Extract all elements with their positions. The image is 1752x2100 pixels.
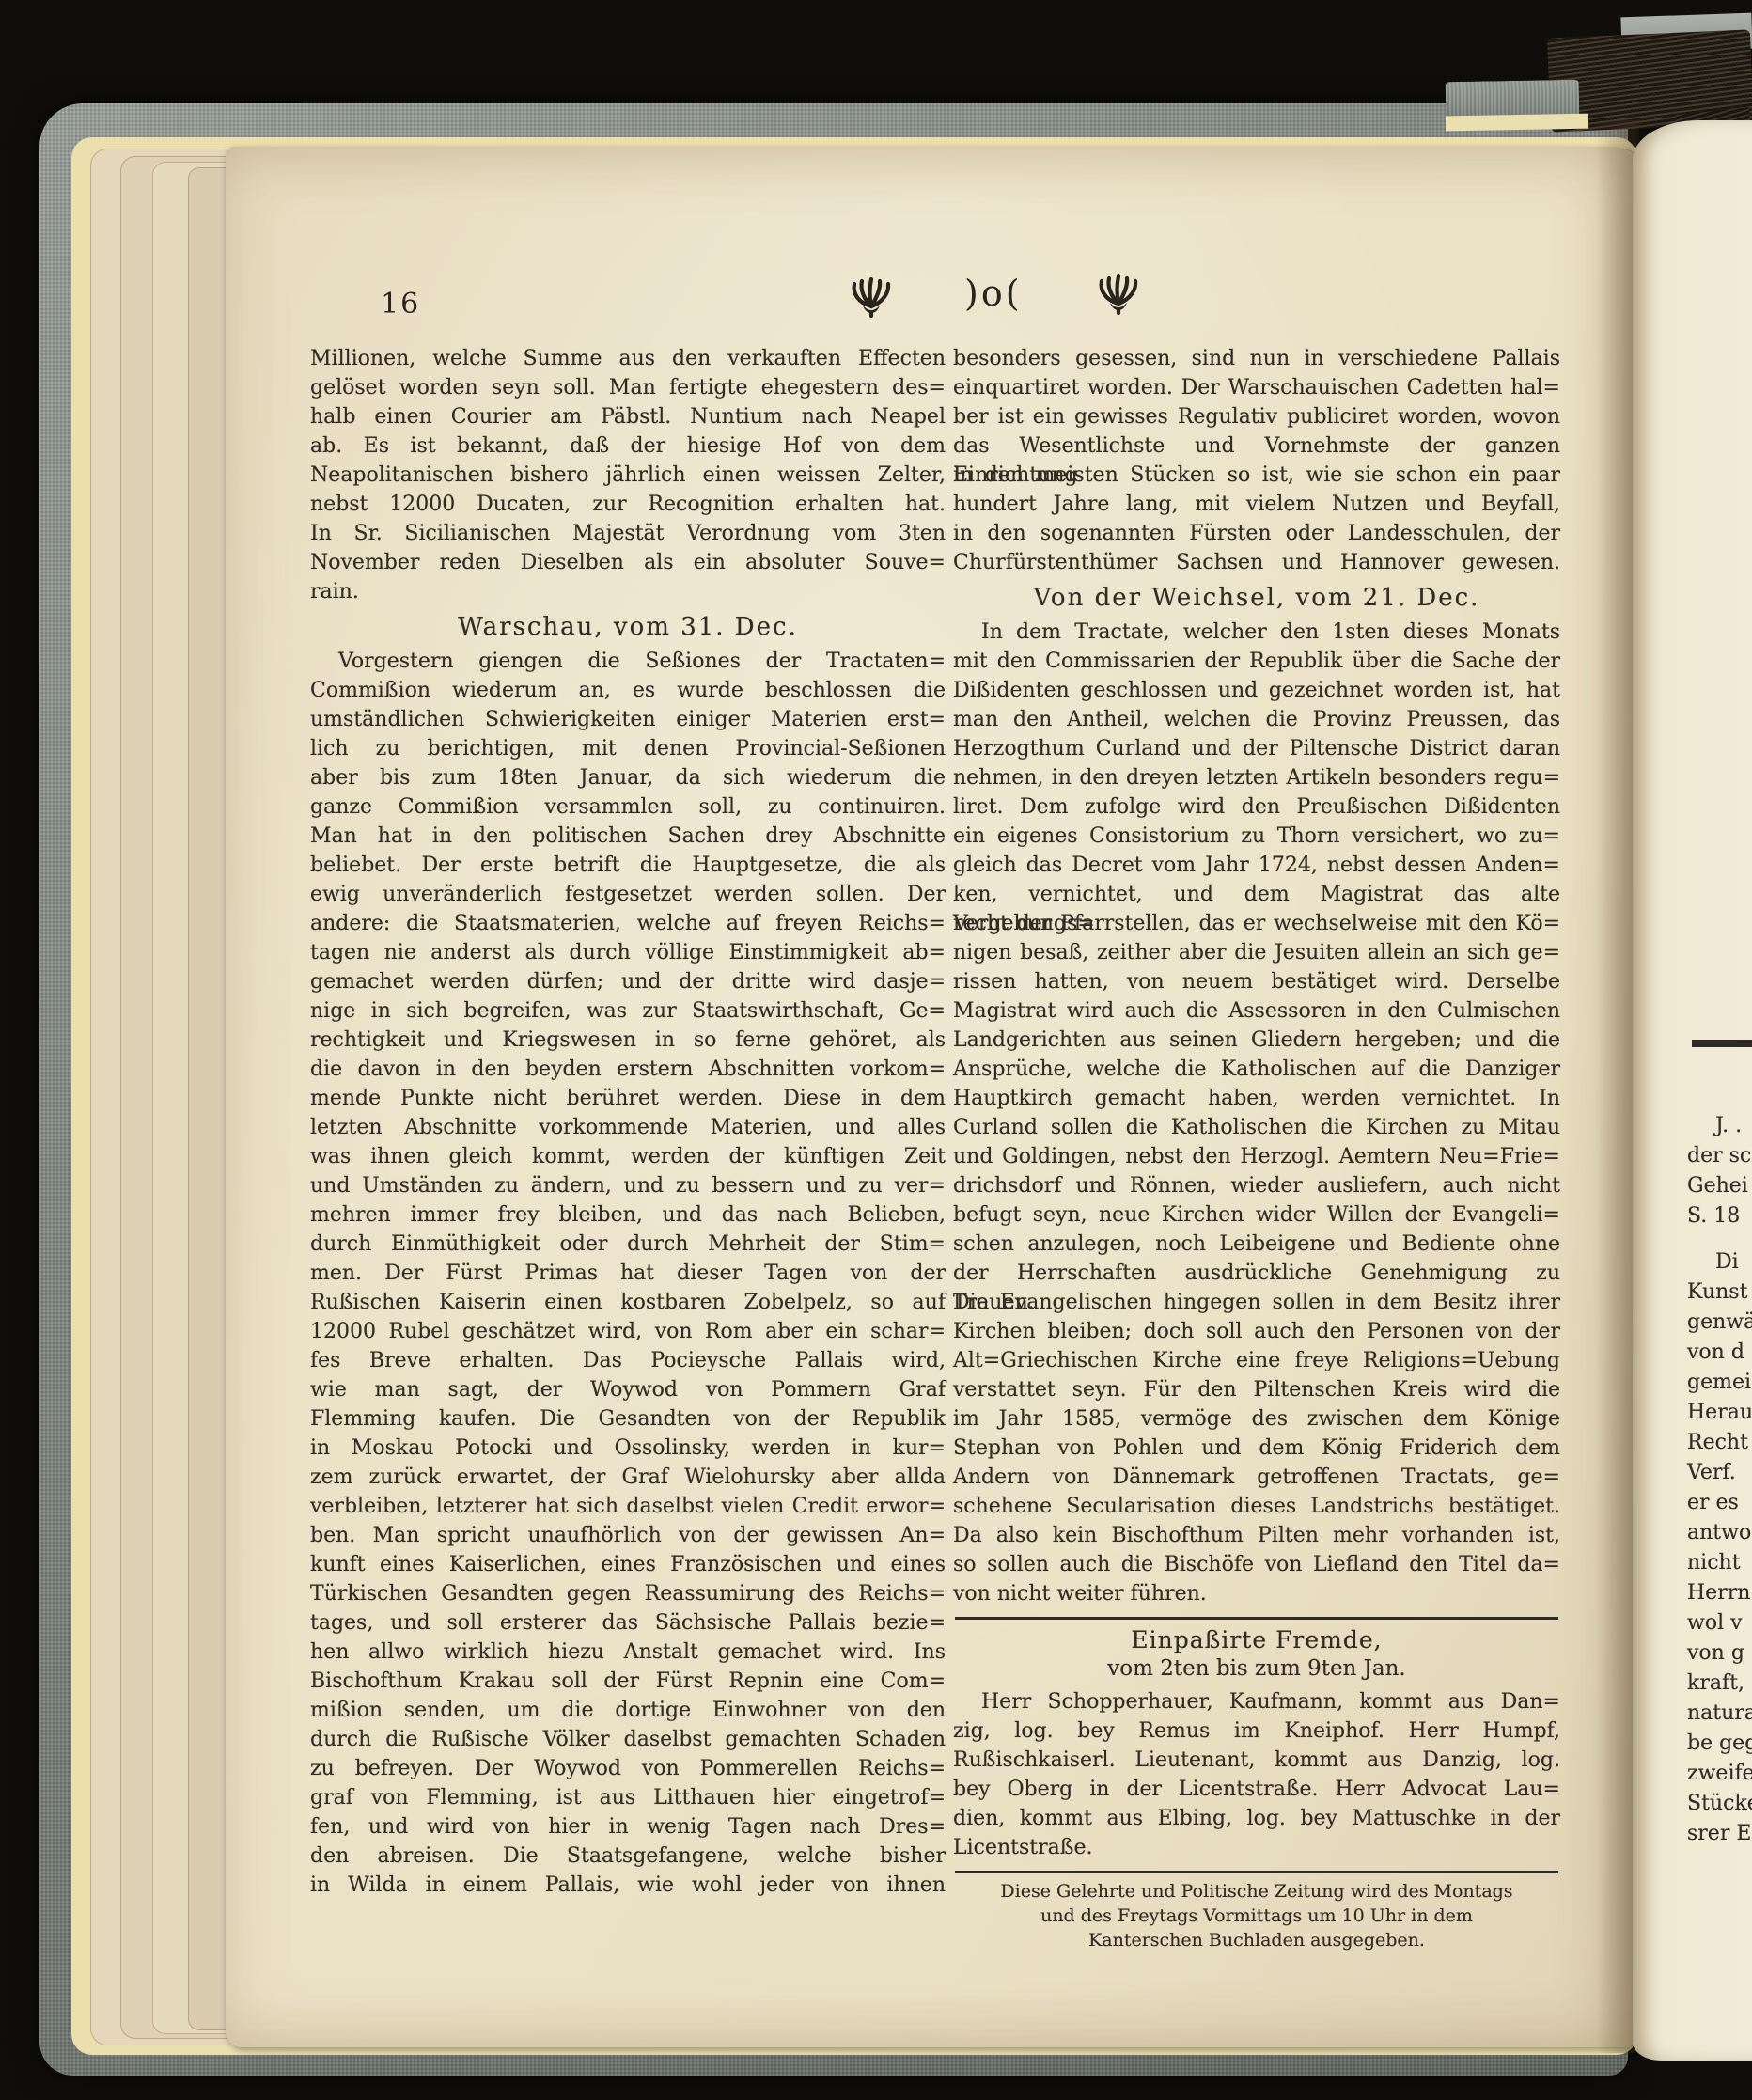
text-line: nebst 12000 Ducaten, zur Recognition erh… xyxy=(310,490,946,519)
text-line: zig, log. bey Remus im Kneiphof. Herr Hu… xyxy=(953,1716,1560,1746)
section-heading: Einpaßirte Fremde, xyxy=(953,1625,1560,1654)
text-line: Kunst xyxy=(1687,1277,1752,1308)
text-line: Diese Gelehrte und Politische Zeitung wi… xyxy=(953,1879,1560,1904)
text-line: von d xyxy=(1687,1338,1752,1368)
text-line: Recht xyxy=(1687,1428,1752,1458)
text-line: verbleiben, letzterer hat sich daselbst … xyxy=(310,1492,946,1521)
next-page-text-fragment: J. .der schGeheiS. 18DiKunstgenwävon dge… xyxy=(1687,1111,1752,1849)
text-line: Curland sollen die Katholischen die Kirc… xyxy=(953,1113,1560,1142)
text-line: Commißion wiederum an, es wurde beschlos… xyxy=(310,676,946,705)
text-line: und Umständen zu ändern, und zu bessern … xyxy=(310,1171,946,1200)
text-line: mende Punkte nicht berühret werden. Dies… xyxy=(310,1084,946,1113)
text-line: Kirchen bleiben; doch soll auch den Pers… xyxy=(953,1317,1560,1346)
text-line: Alt=Griechischen Kirche eine freye Relig… xyxy=(953,1346,1560,1375)
text-line: in den sogenannten Fürsten oder Landessc… xyxy=(953,519,1560,548)
text-line: men. Der Fürst Primas hat dieser Tagen v… xyxy=(310,1259,946,1288)
left-column: Millionen, welche Summe aus den verkauft… xyxy=(310,344,946,1900)
text-line: schehene Secularisation dieses Landstric… xyxy=(953,1492,1560,1521)
text-line: Landgerichten aus seinen Gliedern hergeb… xyxy=(953,1026,1560,1055)
text-line: November reden Dieselben als ein absolut… xyxy=(310,548,946,577)
text-line: J. . xyxy=(1687,1111,1752,1141)
text-line: Hauptkirch gemacht haben, werden vernich… xyxy=(953,1084,1560,1113)
text-line: graf von Flemming, ist aus Litthauen hie… xyxy=(310,1783,946,1812)
text-line: er es xyxy=(1687,1488,1752,1518)
text-line: Rußischen Kaiserin einen kostbaren Zobel… xyxy=(310,1288,946,1317)
text-line: fes Breve erhalten. Das Pocieysche Palla… xyxy=(310,1346,946,1375)
text-line: der sch xyxy=(1687,1141,1752,1171)
book-scan: { "book": { "page_number": "16", "header… xyxy=(0,0,1752,2100)
text-line: schen anzulegen, noch Leibeigene und Bed… xyxy=(953,1230,1560,1259)
text-line: nehmen, in den dreyen letzten Artikeln b… xyxy=(953,763,1560,792)
text-line: der Herrschaften ausdrückliche Genehmigu… xyxy=(953,1259,1560,1288)
text-line: Di xyxy=(1687,1247,1752,1277)
text-line: aber bis zum 18ten Januar, da sich wiede… xyxy=(310,763,946,792)
text-line: von g xyxy=(1687,1638,1752,1669)
text-line: durch Einmüthigkeit oder durch Mehrheit … xyxy=(310,1230,946,1259)
text-line: Man hat in den politischen Sachen drey A… xyxy=(310,822,946,851)
text-line: fen, und wird von hier in wenig Tagen na… xyxy=(310,1812,946,1841)
text-line: zu befreyen. Der Woywod von Pommerellen … xyxy=(310,1754,946,1783)
text-line: mehren immer frey bleiben, und das nach … xyxy=(310,1200,946,1230)
right-column: besonders gesessen, sind nun in verschie… xyxy=(953,344,1560,1952)
text-line: andere: die Staatsmaterien, welche auf f… xyxy=(310,909,946,938)
text-line: ab. Es ist bekannt, daß der hiesige Hof … xyxy=(310,431,946,461)
text-line: das Wesentlichste und Vornehmste der gan… xyxy=(953,431,1560,461)
text-line: Andern von Dännemark getroffenen Tractat… xyxy=(953,1463,1560,1492)
text-line: wie man sagt, der Woywod von Pommern Gra… xyxy=(310,1375,946,1404)
text-line: ein eigenes Consistorium zu Thorn versic… xyxy=(953,822,1560,851)
text-line: Da also kein Bischofthum Pilten mehr vor… xyxy=(953,1521,1560,1550)
text-line: gelöset worden seyn soll. Man fertigte e… xyxy=(310,373,946,402)
text-line: bey Oberg in der Licentstraße. Herr Advo… xyxy=(953,1775,1560,1804)
text-line: mit den Commissarien der Republik über d… xyxy=(953,647,1560,676)
text-line: rain. xyxy=(310,577,946,606)
text-line: Gehei xyxy=(1687,1171,1752,1201)
section-rule xyxy=(955,1617,1558,1620)
text-line: von nicht weiter führen. xyxy=(953,1579,1560,1608)
section-heading: Warschau, vom 31. Dec. xyxy=(310,613,946,642)
text-line: im Jahr 1585, vermöge des zwischen dem K… xyxy=(953,1404,1560,1434)
text-line: natura xyxy=(1687,1699,1752,1729)
text-line: verstattet seyn. Für den Piltenschen Kre… xyxy=(953,1375,1560,1404)
text-line: in Wilda in einem Pallais, wie wohl jede… xyxy=(310,1871,946,1900)
text-line: Millionen, welche Summe aus den verkauft… xyxy=(310,344,946,373)
text-line: gemachet werden dürfen; und der dritte w… xyxy=(310,967,946,996)
text-line: Stücke xyxy=(1687,1789,1752,1819)
text-line: Herau xyxy=(1687,1398,1752,1428)
text-line: hundert Jahre lang, mit vielem Nutzen un… xyxy=(953,490,1560,519)
text-line: rechtigkeit und Kriegswesen in so ferne … xyxy=(310,1026,946,1055)
text-line: Türkischen Gesandten gegen Reassumirung … xyxy=(310,1579,946,1608)
text-line: lich zu berichtigen, mit denen Provincia… xyxy=(310,734,946,763)
shell-ornament-icon xyxy=(849,274,894,321)
text-line: tages, und soll ersterer das Sächsische … xyxy=(310,1608,946,1638)
text-line: Neapolitanischen bishero jährlich einen … xyxy=(310,461,946,490)
text-line: einquartiret worden. Der Warschauischen … xyxy=(953,373,1560,402)
text-line: die davon in den beyden erstern Abschnit… xyxy=(310,1055,946,1084)
text-line: Die Evangelischen hingegen sollen in dem… xyxy=(953,1288,1560,1317)
text-line: Vorgestern giengen die Seßiones der Trac… xyxy=(310,647,946,676)
text-line: beliebet. Der erste betrift die Hauptges… xyxy=(310,851,946,880)
text-line: besonders gesessen, sind nun in verschie… xyxy=(953,344,1560,373)
section-rule xyxy=(955,1871,1558,1873)
text-line: und Goldingen, nebst den Herzogl. Aemter… xyxy=(953,1142,1560,1171)
text-line: kraft, xyxy=(1687,1669,1752,1699)
text-line: ganze Commißion versammlen soll, zu cont… xyxy=(310,792,946,822)
text-line: zweifel xyxy=(1687,1759,1752,1789)
text-line: Kanterschen Buchladen ausgegeben. xyxy=(953,1928,1560,1952)
text-line: dien, kommt aus Elbing, log. bey Mattusc… xyxy=(953,1804,1560,1833)
text-line: gleich das Decret vom Jahr 1724, nebst d… xyxy=(953,851,1560,880)
text-line: halb einen Courier am Päbstl. Nuntium na… xyxy=(310,402,946,431)
text-line: und des Freytags Vormittags um 10 Uhr in… xyxy=(953,1904,1560,1928)
section-heading: vom 2ten bis zum 9ten Jan. xyxy=(953,1654,1560,1684)
text-line: Herrn xyxy=(1687,1578,1752,1608)
text-line: ber ist ein gewisses Regulativ publicire… xyxy=(953,402,1560,431)
text-line: In Sr. Sicilianischen Majestät Verordnun… xyxy=(310,519,946,548)
shell-ornament-icon xyxy=(1096,272,1141,319)
printer-mark-ornament: )o( xyxy=(964,273,1023,314)
text-line: den abreisen. Die Staatsgefangene, welch… xyxy=(310,1841,946,1871)
text-line: hen allwo wirklich hiezu Anstalt gemache… xyxy=(310,1638,946,1667)
text-line: mißion senden, um die dortige Einwohner … xyxy=(310,1696,946,1725)
text-line: liret. Dem zufolge wird den Preußischen … xyxy=(953,792,1560,822)
text-line: In dem Tractate, welcher den 1sten diese… xyxy=(953,618,1560,647)
text-line: nige in sich begreifen, was zur Staatswi… xyxy=(310,996,946,1026)
text-line: Flemming kaufen. Die Gesandten von der R… xyxy=(310,1404,946,1434)
text-line: wol v xyxy=(1687,1608,1752,1638)
text-line: Dißidenten geschlossen und gezeichnet wo… xyxy=(953,676,1560,705)
text-line: genwä xyxy=(1687,1308,1752,1338)
section-heading: Von der Weichsel, vom 21. Dec. xyxy=(953,584,1560,613)
text-line: antwo xyxy=(1687,1518,1752,1548)
text-line: zem zurück erwartet, der Graf Wielohursk… xyxy=(310,1463,946,1492)
text-line: man den Antheil, welchen die Provinz Pre… xyxy=(953,705,1560,734)
text-line: umständlichen Schwierigkeiten einiger Ma… xyxy=(310,705,946,734)
text-line: 12000 Rubel geschätzet wird, von Rom abe… xyxy=(310,1317,946,1346)
text-line: Licentstraße. xyxy=(953,1833,1560,1862)
text-line: nigen besaß, zeither aber die Jesuiten a… xyxy=(953,938,1560,967)
page-number: 16 xyxy=(381,288,420,321)
text-line: be geg xyxy=(1687,1729,1752,1759)
text-line: rissen hatten, von neuem bestätiget wird… xyxy=(953,967,1560,996)
text-line: ken, vernichtet, und dem Magistrat das a… xyxy=(953,880,1560,909)
text-line: gemei xyxy=(1687,1368,1752,1398)
text-line: durch die Rußische Völker daselbst gemac… xyxy=(310,1725,946,1754)
text-line: Bischofthum Krakau soll der Fürst Repnin… xyxy=(310,1667,946,1696)
text-line: srer E xyxy=(1687,1819,1752,1849)
text-line: so sollen auch die Bischöfe von Liefland… xyxy=(953,1550,1560,1579)
text-line: S. 18 xyxy=(1687,1201,1752,1231)
text-line: nicht xyxy=(1687,1548,1752,1578)
text-line: befugt seyn, neue Kirchen wider Willen d… xyxy=(953,1200,1560,1230)
text-line: in den meisten Stücken so ist, wie sie s… xyxy=(953,461,1560,490)
text-line: ben. Man spricht unaufhörlich von der ge… xyxy=(310,1521,946,1550)
text-line: Magistrat wird auch die Assessoren in de… xyxy=(953,996,1560,1026)
endpaper-edge xyxy=(1446,114,1588,132)
text-line: Stephan von Pohlen und dem König Frideri… xyxy=(953,1434,1560,1463)
next-page-rule-fragment xyxy=(1692,1040,1752,1047)
text-line: Herzogthum Curland und der Piltensche Di… xyxy=(953,734,1560,763)
text-line: Ansprüche, welche die Katholischen auf d… xyxy=(953,1055,1560,1084)
text-line: recht der Pfarrstellen, das er wechselwe… xyxy=(953,909,1560,938)
text-line: tagen nie anderst als durch völlige Eins… xyxy=(310,938,946,967)
text-line: Rußischkaiserl. Lieutenant, kommt aus Da… xyxy=(953,1746,1560,1775)
text-line: letzten Abschnitte vorkommende Materien,… xyxy=(310,1113,946,1142)
text-line: ewig unveränderlich festgesetzet werden … xyxy=(310,880,946,909)
text-line: was ihnen gleich kommt, werden der künft… xyxy=(310,1142,946,1171)
text-line: Verf. xyxy=(1687,1458,1752,1488)
text-line: Herr Schopperhauer, Kaufmann, kommt aus … xyxy=(953,1687,1560,1716)
text-line: Churfürstenthümer Sachsen und Hannover g… xyxy=(953,548,1560,577)
text-line: kunft eines Kaiserlichen, eines Französi… xyxy=(310,1550,946,1579)
text-line: drichsdorf und Rönnen, wieder ausliefern… xyxy=(953,1171,1560,1200)
text-line: in Moskau Potocki und Ossolinsky, werden… xyxy=(310,1434,946,1463)
